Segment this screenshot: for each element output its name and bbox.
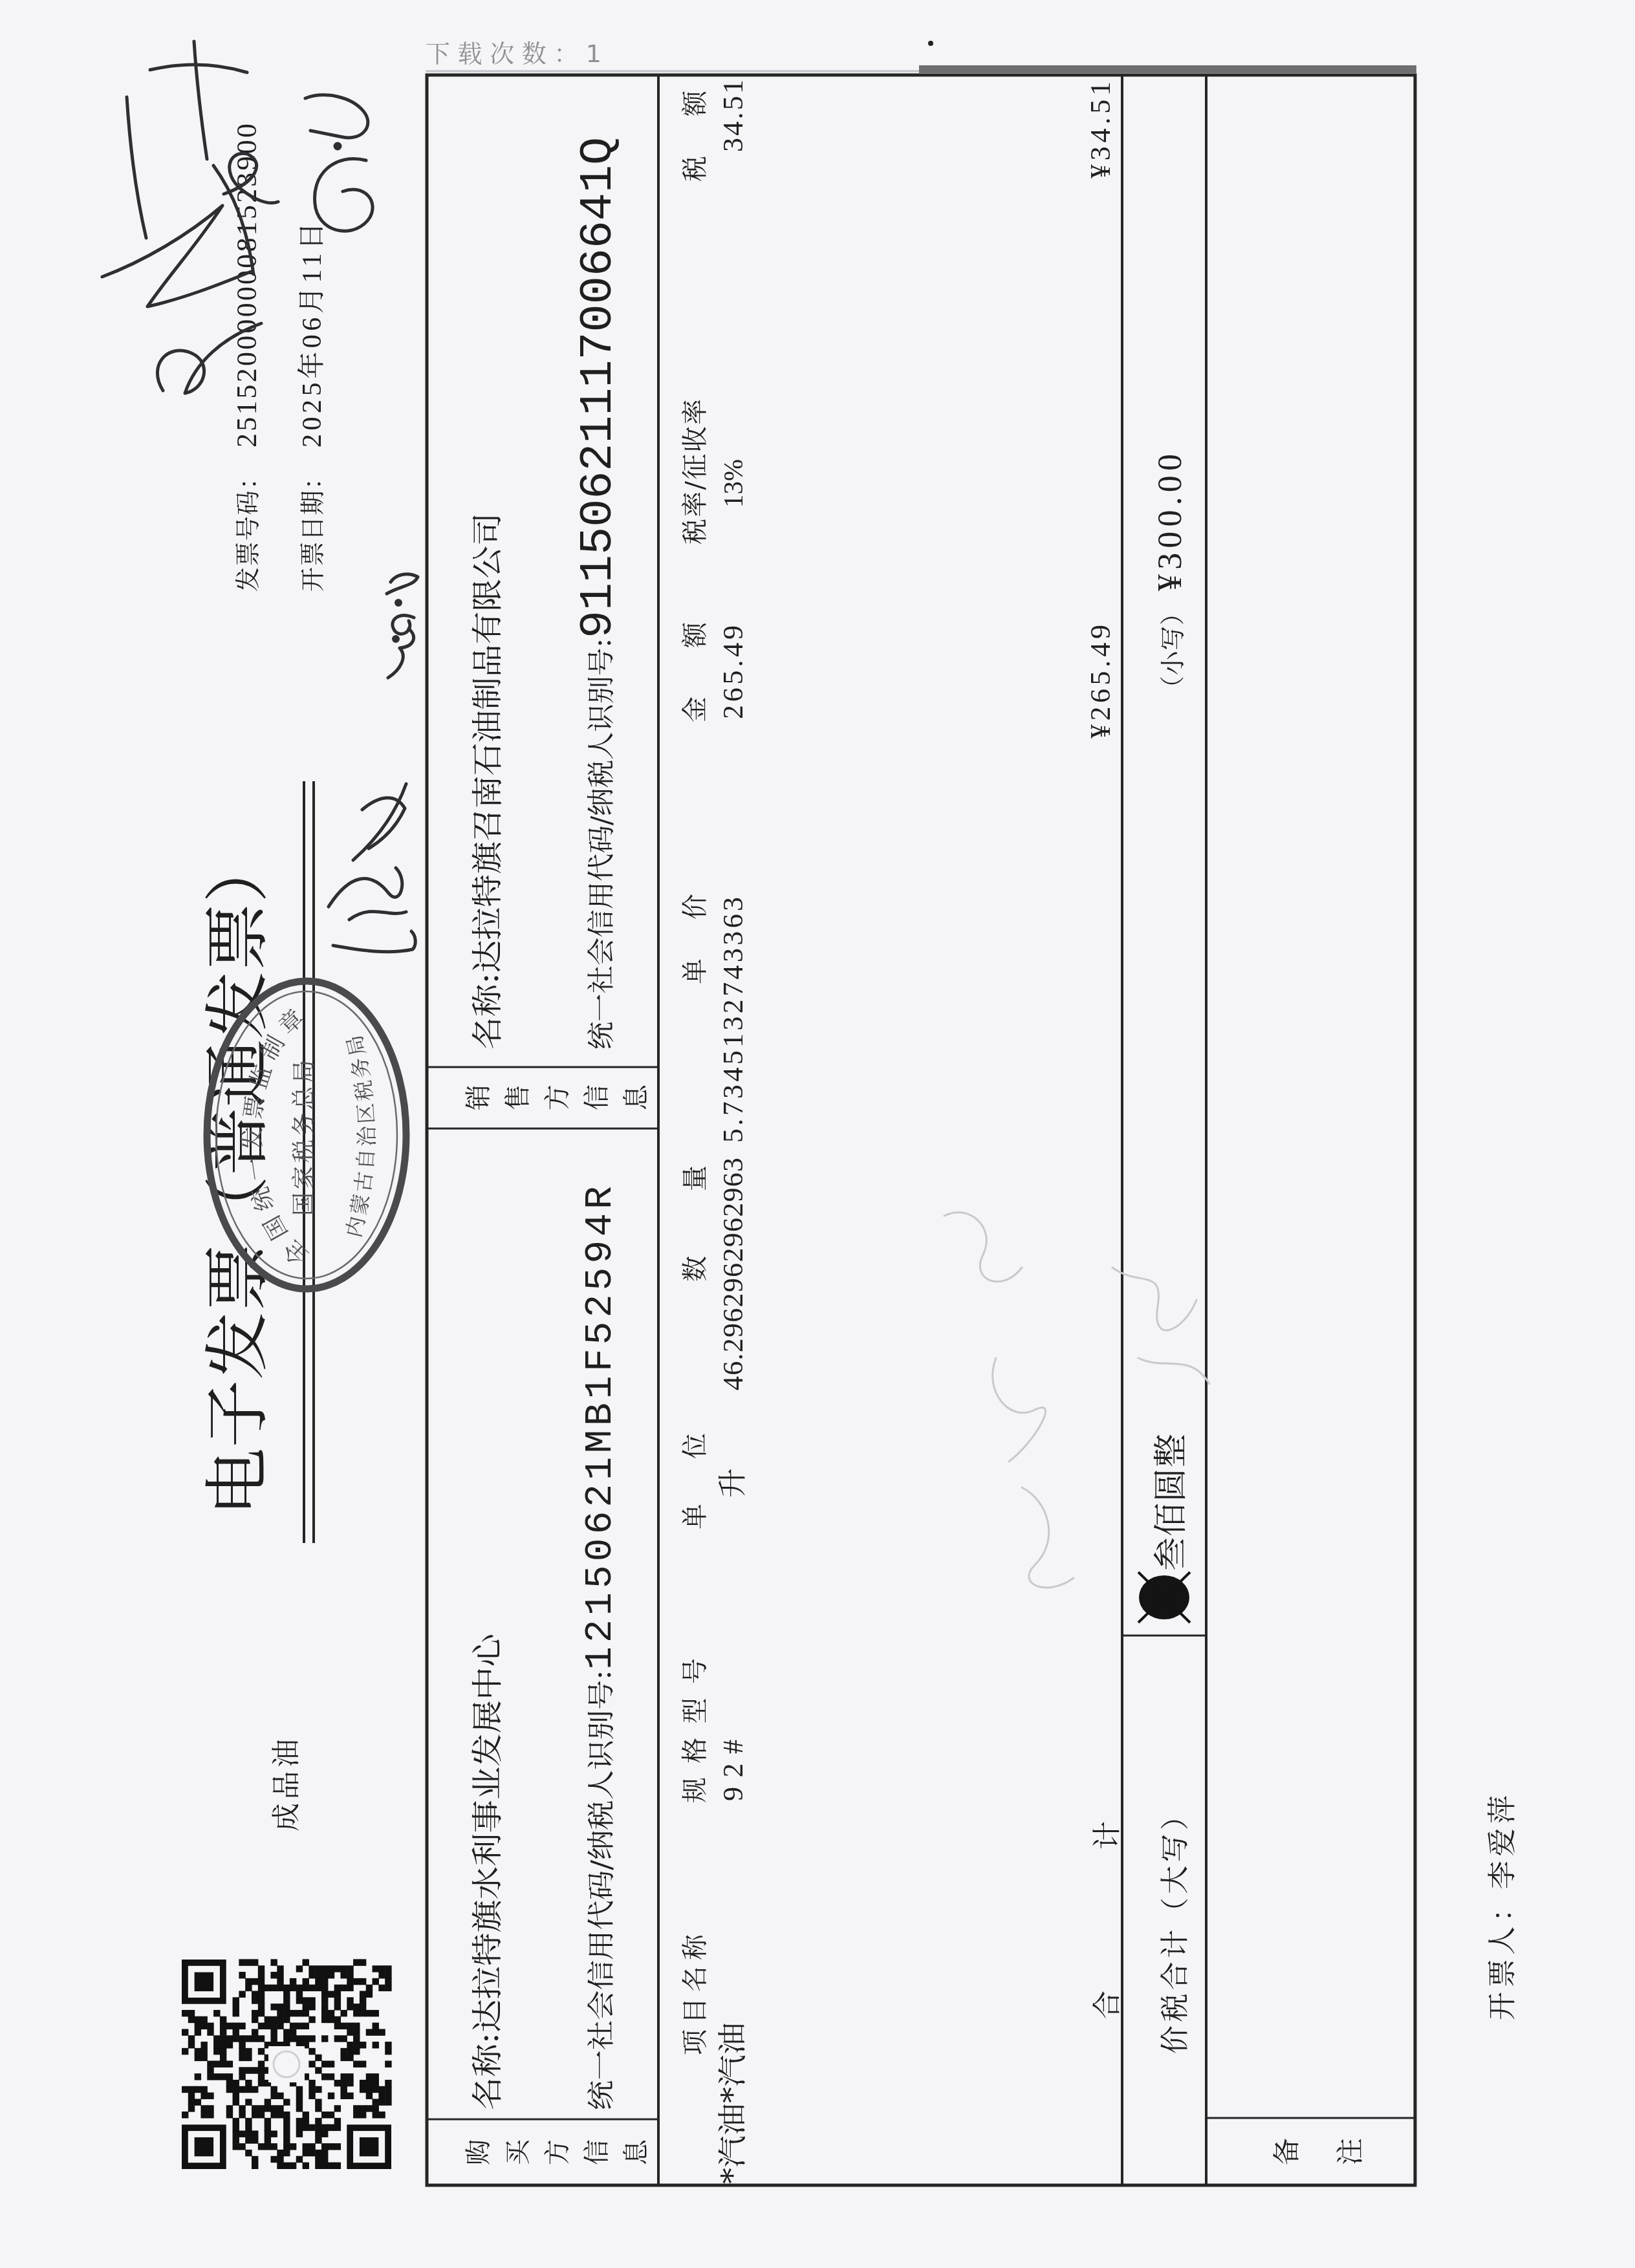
scanned-invoice-page: 下载次数：1 成品油 电子发票（普通发票） 全国统一发票监制章 国家税务总局 内… bbox=[0, 0, 1635, 2268]
download-count-value: 1 bbox=[586, 39, 601, 68]
item-quantity: 46.2962962962963 bbox=[717, 1158, 749, 1390]
seller-tax-id-label: 统一社会信用代码/纳税人识别号: bbox=[585, 638, 617, 1050]
issue-date: 2025年06月11日 bbox=[297, 222, 327, 448]
issuer-name: 李爱萍 bbox=[1486, 1795, 1519, 1889]
circle-x-icon bbox=[1138, 1572, 1190, 1623]
seller-tax-id: 91150621117006641Q bbox=[574, 137, 625, 638]
item-unit-price: 5.7345132743363 bbox=[717, 897, 749, 1143]
download-count-label: 下载次数： bbox=[426, 39, 578, 68]
seller-section-label: 销售方信息 bbox=[464, 1084, 651, 1110]
item-name: *汽油*汽油 bbox=[717, 2022, 750, 2184]
item-amount: 265.49 bbox=[717, 625, 749, 719]
scan-speck bbox=[928, 41, 933, 46]
item-unit: 升 bbox=[717, 1468, 750, 1498]
item-tax: 34.51 bbox=[717, 80, 749, 152]
buyer-section-label: 购买方信息 bbox=[464, 2139, 651, 2165]
grand-total-in-words: 叁佰圆整 bbox=[1152, 1434, 1191, 1571]
buyer-tax-id-label: 统一社会信用代码/纳税人识别号: bbox=[585, 1670, 617, 2110]
buyer-name: 名称:达拉特旗水利事业发展中心 bbox=[470, 1632, 506, 2110]
buyer-name-value: 达拉特旗水利事业发展中心 bbox=[470, 1632, 506, 2033]
print-edge-bar bbox=[919, 65, 1416, 73]
item-spec: 92# bbox=[717, 1740, 749, 1801]
invoice-number-label: 发票号码： bbox=[233, 465, 262, 592]
item-tax-rate: 13% bbox=[719, 459, 749, 508]
issue-date-label: 开票日期： bbox=[298, 465, 327, 592]
seller-name-value: 达拉特旗召南石油制品有限公司 bbox=[470, 513, 506, 973]
grand-total-figures-label: （小写） bbox=[1158, 601, 1187, 700]
issuer: 开票人：李爱萍 bbox=[1486, 1795, 1519, 2020]
seller-name: 名称:达拉特旗召南石油制品有限公司 bbox=[470, 513, 506, 1050]
column-header-tax-rate: 税率/征收率 bbox=[680, 399, 710, 545]
category-tag: 成品油 bbox=[270, 1739, 303, 1831]
buyer-name-label: 名称: bbox=[470, 2033, 506, 2110]
seller-name-label: 名称: bbox=[470, 973, 506, 1050]
